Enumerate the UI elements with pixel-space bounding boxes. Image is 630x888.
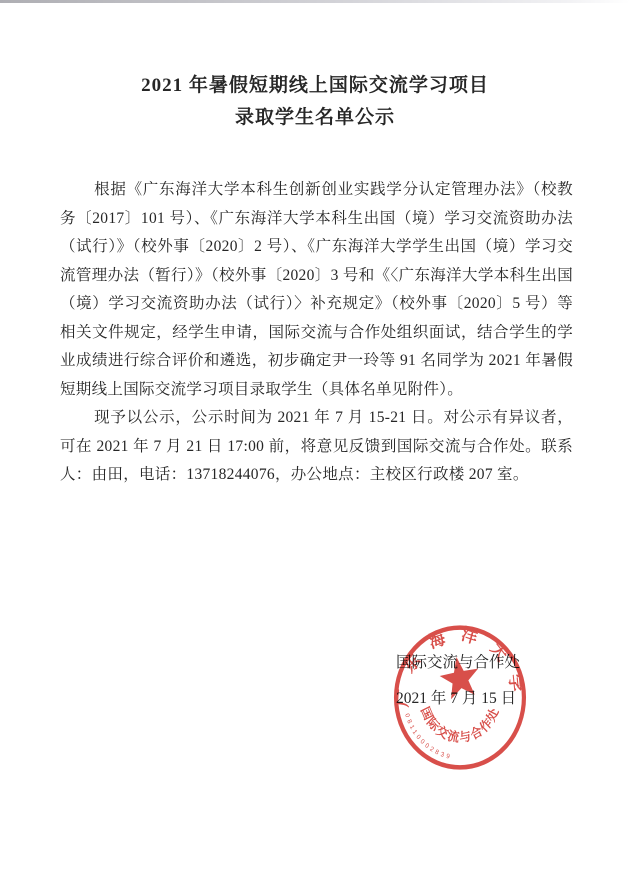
body-paragraph-1: 根据《广东海洋大学本科生创新创业实践学分认定管理办法》（校教务〔2017〕101… [60,176,573,404]
signature-department: 国际交流与合作处 [396,650,520,672]
scan-edge-artifact [0,0,630,3]
title-line-2: 录取学生名单公示 [60,102,570,134]
signature-date: 2021 年 7 月 15 日 [396,686,516,708]
seal-ring [396,628,524,768]
body-paragraph-2: 现予以公示，公示时间为 2021 年 7 月 15-21 日。对公示有异议者，可… [60,404,573,490]
title-line-1: 2021 年暑假短期线上国际交流学习项目 [60,70,570,102]
seal-department-text: 国际交流与合作处 [418,704,502,745]
document-title: 2021 年暑假短期线上国际交流学习项目 录取学生名单公示 [60,70,570,134]
document-body: 根据《广东海洋大学本科生创新创业实践学分认定管理办法》（校教务〔2017〕101… [60,176,573,490]
seal-star-icon [437,653,482,700]
announcement-page: 2021 年暑假短期线上国际交流学习项目 录取学生名单公示 根据《广东海洋大学本… [0,0,630,888]
seal-serial-number: 08110002839 [403,713,452,762]
official-seal: 广东海洋大学 国际交流与合作处 08110002839 [390,621,530,774]
seal-university-text: 广东海洋大学 [392,623,528,708]
